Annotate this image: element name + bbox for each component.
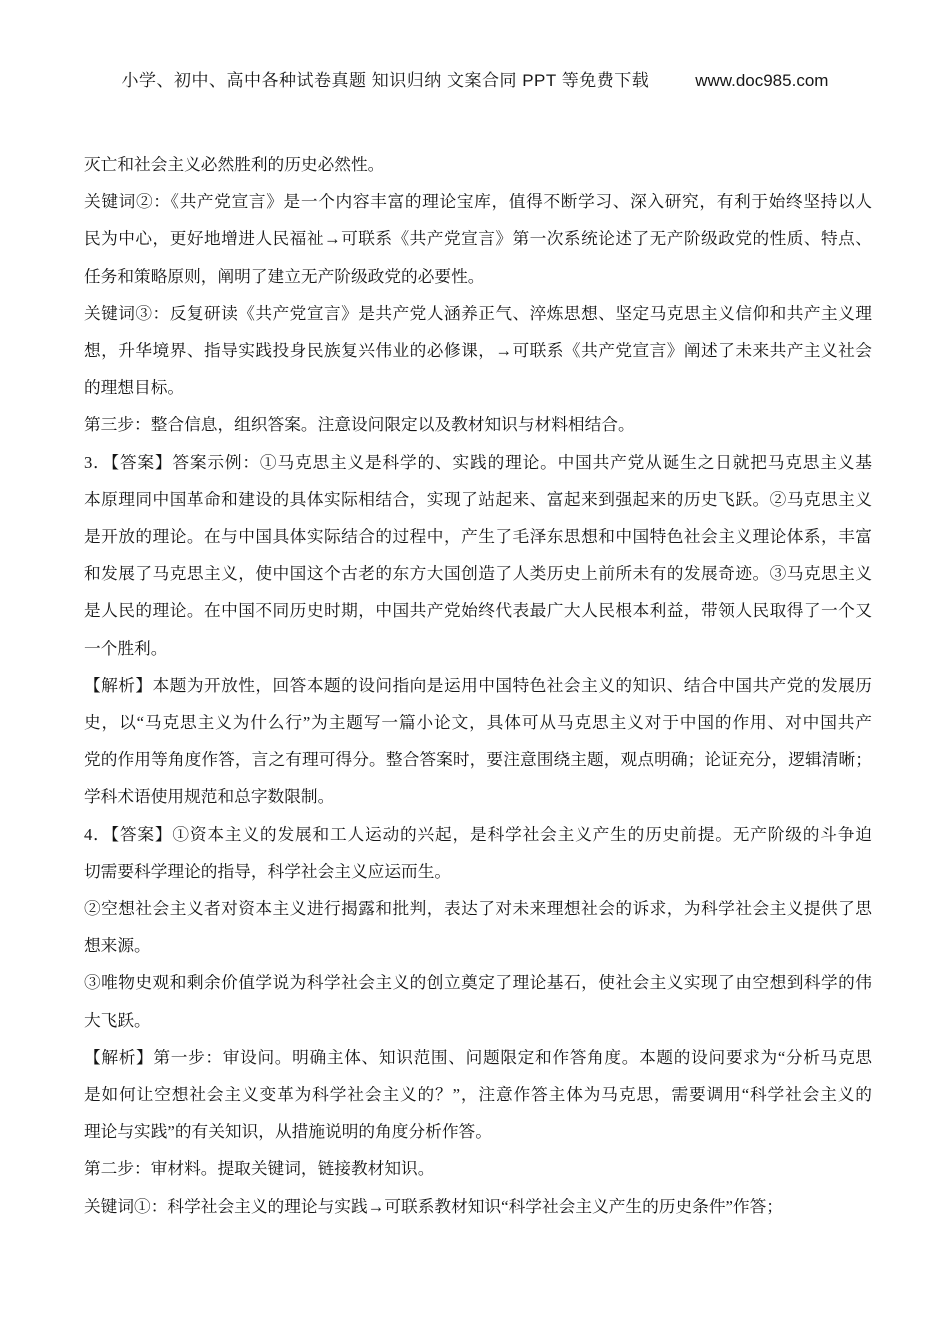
text-line: 想来源。 [84,927,872,964]
text-line: 和发展了马克思主义，使中国这个古老的东方大国创造了人类历史上前所未有的发展奇迹。… [84,555,872,592]
text-line: 是如何让空想社会主义变革为科学社会主义的？”，注意作答主体为马克思，需要调用“科… [84,1076,872,1113]
text-line: 民为中心，更好地增进人民福祉→可联系《共产党宣言》第一次系统论述了无产阶级政党的… [84,220,872,257]
text-line: 关键词③：反复研读《共产党宣言》是共产党人涵养正气、淬炼思想、坚定马克思主义信仰… [84,295,872,332]
text-line: 学科术语使用规范和总字数限制。 [84,778,872,815]
text-line: 想，升华境界、指导实践投身民族复兴伟业的必修课，→可联系《共产党宣言》阐述了未来… [84,332,872,369]
page-header: 小学、初中、高中各种试卷真题 知识归纳 文案合同 PPT 等免费下载 www.d… [0,66,950,91]
text-line: 党的作用等角度作答，言之有理可得分。整合答案时，要注意围绕主题，观点明确；论证充… [84,741,872,778]
text-line: 关键词②：《共产党宣言》是一个内容丰富的理论宝库，值得不断学习、深入研究，有利于… [84,183,872,220]
text-line: 理论与实践”的有关知识，从措施说明的角度分析作答。 [84,1113,872,1150]
text-line: 一个胜利。 [84,630,872,667]
text-line: ②空想社会主义者对资本主义进行揭露和批判，表达了对未来理想社会的诉求，为科学社会… [84,890,872,927]
text-line: 【解析】本题为开放性，回答本题的设问指向是运用中国特色社会主义的知识、结合中国共… [84,667,872,704]
text-line: 史，以“马克思主义为什么行”为主题写一篇小论文，具体可从马克思主义对于中国的作用… [84,704,872,741]
text-line: 【解析】第一步：审设问。明确主体、知识范围、问题限定和作答角度。本题的设问要求为… [84,1039,872,1076]
text-line: ③唯物史观和剩余价值学说为科学社会主义的创立奠定了理论基石，使社会主义实现了由空… [84,964,872,1001]
text-line: 本原理同中国革命和建设的具体实际相结合，实现了站起来、富起来到强起来的历史飞跃。… [84,481,872,518]
text-line: 是人民的理论。在中国不同历史时期，中国共产党始终代表最广大人民根本利益，带领人民… [84,592,872,629]
text-line: 4．【答案】①资本主义的发展和工人运动的兴起，是科学社会主义产生的历史前提。无产… [84,816,872,853]
text-line: 关键词①：科学社会主义的理论与实践→可联系教材知识“科学社会主义产生的历史条件”… [84,1188,872,1225]
text-line: 第三步：整合信息，组织答案。注意设问限定以及教材知识与材料相结合。 [84,406,872,443]
document-page: 小学、初中、高中各种试卷真题 知识归纳 文案合同 PPT 等免费下载 www.d… [0,0,950,1344]
text-line: 切需要科学理论的指导，科学社会主义应运而生。 [84,853,872,890]
text-line: 灭亡和社会主义必然胜利的历史必然性。 [84,146,872,183]
text-line: 的理想目标。 [84,369,872,406]
text-line: 任务和策略原则，阐明了建立无产阶级政党的必要性。 [84,258,872,295]
document-body: 灭亡和社会主义必然胜利的历史必然性。关键词②：《共产党宣言》是一个内容丰富的理论… [84,146,872,1225]
text-line: 大飞跃。 [84,1002,872,1039]
header-title: 小学、初中、高中各种试卷真题 知识归纳 文案合同 PPT 等免费下载 [122,66,650,91]
text-line: 是开放的理论。在与中国具体实际结合的过程中，产生了毛泽东思想和中国特色社会主义理… [84,518,872,555]
text-line: 3．【答案】答案示例：①马克思主义是科学的、实践的理论。中国共产党从诞生之日就把… [84,444,872,481]
text-line: 第二步：审材料。提取关键词，链接教材知识。 [84,1150,872,1187]
header-url: www.doc985.com [695,71,828,91]
